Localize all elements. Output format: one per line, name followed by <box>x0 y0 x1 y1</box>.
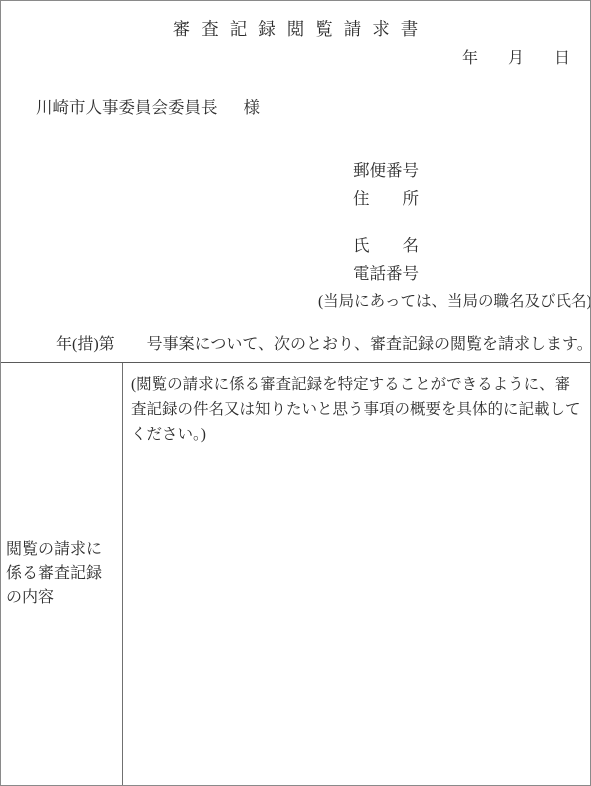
page-title: 審査記録閲覧請求書 <box>1 16 590 41</box>
name-label: 氏 名 <box>353 232 419 256</box>
addressee-line: 川崎市人事委員会委員長様 <box>36 94 260 118</box>
content-table: 閲覧の請求に係る審査記録の内容 (閲覧の請求に係る審査記録を特定することができる… <box>1 362 590 785</box>
addressee-honorific: 様 <box>244 98 261 117</box>
date-month-label: 月 <box>508 50 524 67</box>
content-value-cell: (閲覧の請求に係る審査記録を特定することができるように、審査記録の件名又は知りた… <box>123 363 590 785</box>
postal-code-label: 郵便番号 <box>353 157 419 181</box>
authority-note: (当局にあっては、当局の職名及び氏名) <box>318 289 591 311</box>
document-page: 審査記録閲覧請求書 年月日 川崎市人事委員会委員長様 郵便番号 住 所 氏 名 … <box>0 0 591 786</box>
phone-number-label: 電話番号 <box>353 260 419 284</box>
address-label: 住 所 <box>353 185 419 209</box>
date-year-label: 年 <box>462 50 478 67</box>
content-row-label: 閲覧の請求に係る審査記録の内容 <box>6 538 117 610</box>
addressee-name: 川崎市人事委員会委員長 <box>36 98 218 117</box>
date-day-label: 日 <box>554 50 570 67</box>
date-line: 年月日 <box>462 45 570 68</box>
content-label-cell: 閲覧の請求に係る審査記録の内容 <box>1 363 123 785</box>
content-instruction-note: (閲覧の請求に係る審査記録を特定することができるように、審査記録の件名又は知りた… <box>131 372 584 447</box>
request-statement: 年(措)第 号事案について、次のとおり、審査記録の閲覧を請求します。 <box>56 331 591 354</box>
